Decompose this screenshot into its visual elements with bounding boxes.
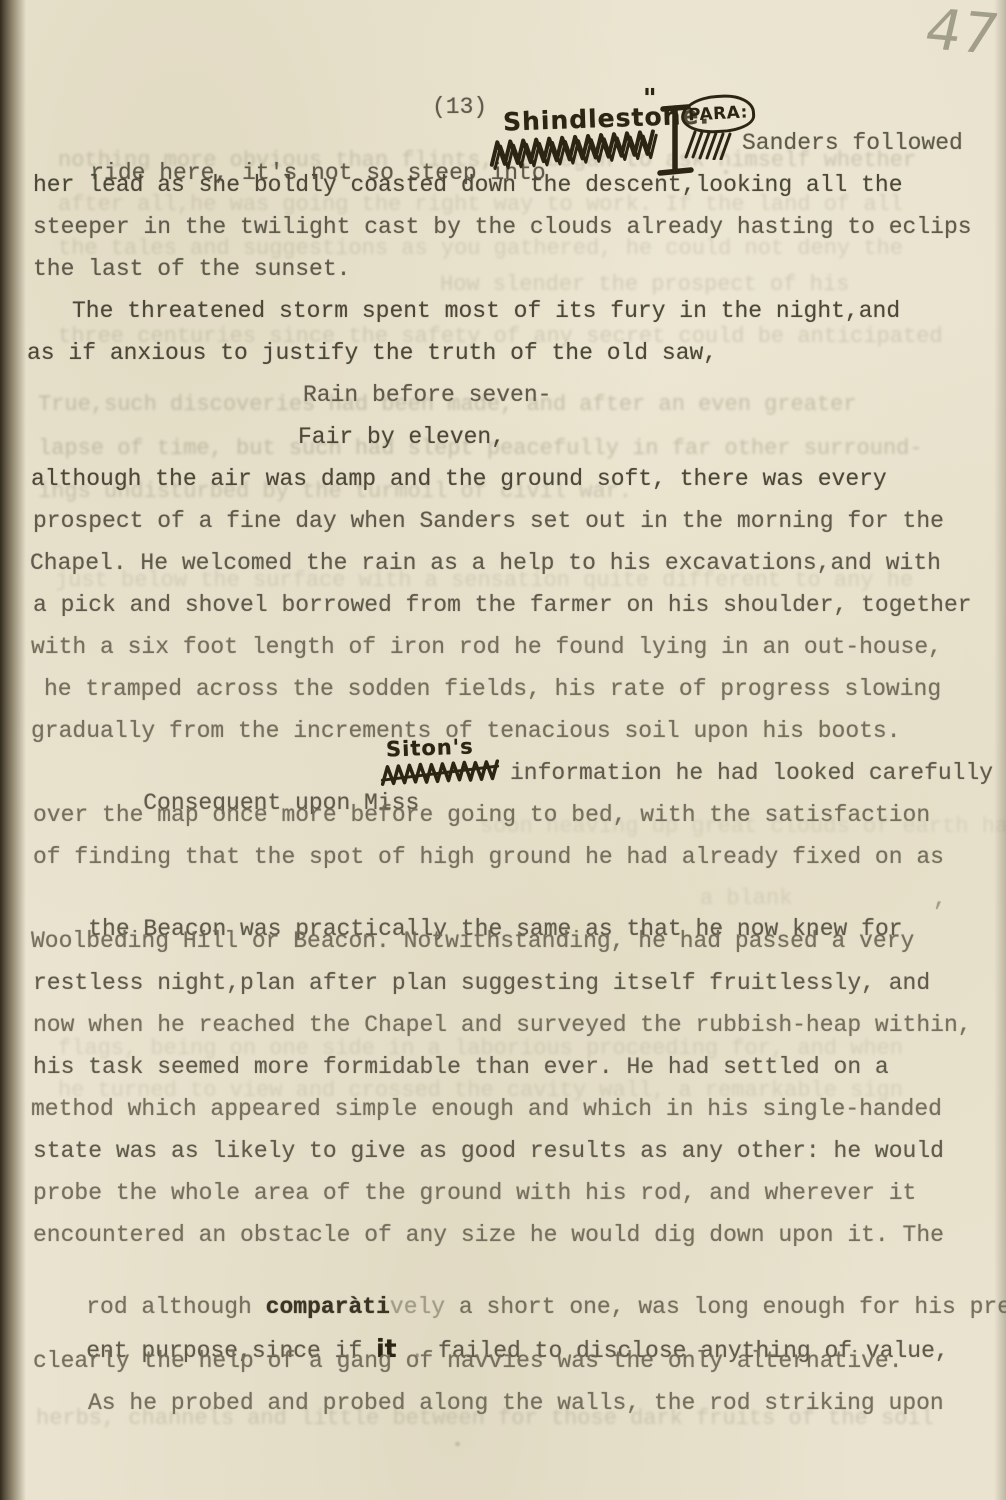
typed-line: as if anxious to justify the truth of th… — [27, 338, 717, 368]
typed-line: the last of the sunset. — [33, 254, 350, 284]
typed-line: a pick and shovel borrowed from the farm… — [33, 590, 972, 620]
left-edge-shadow — [0, 0, 26, 1500]
bleedthrough-line: How slender the prospect of his — [440, 272, 849, 297]
typed-line: As he probed and probed along the walls,… — [88, 1388, 944, 1418]
typed-line: he tramped across the sodden fields, his… — [44, 674, 941, 704]
typed-line: clearly the help of a gang of navvies wa… — [33, 1346, 903, 1376]
typed-line: with a six foot length of iron rod he fo… — [31, 632, 942, 662]
typed-line: his task seemed more formidable than eve… — [33, 1052, 889, 1082]
typed-line: although the air was damp and the ground… — [31, 464, 887, 494]
typed-page-number: (13) — [432, 92, 487, 122]
typed-line: probe the whole area of the ground with … — [33, 1178, 916, 1208]
typed-line: state was as likely to give as good resu… — [33, 1136, 944, 1166]
typed-line: now when he reached the Chapel and surve… — [33, 1010, 972, 1040]
paper-speck — [724, 170, 728, 174]
strikeout-scribble — [379, 752, 505, 795]
typed-line: The threatened storm spent most of its f… — [72, 296, 900, 326]
manuscript-page: nothing more obvious than flints, he beg… — [0, 0, 1006, 1500]
typed-line: Rain before seven- — [303, 380, 551, 410]
typed-line: Woolbeding Hill or Beacon. Notwithstandi… — [31, 926, 914, 956]
typed-line: steeper in the twilight cast by the clou… — [33, 212, 972, 242]
typed-line: over the map once more before going to b… — [33, 800, 930, 830]
typed-line: Chapel. He welcomed the rain as a help t… — [30, 548, 941, 578]
typed-line: of finding that the spot of high ground … — [33, 842, 944, 872]
typed-line: restless night,plan after plan suggestin… — [33, 968, 930, 998]
typed-line-1-post: Sanders followed — [742, 128, 963, 158]
paragraph-hatch-marks — [684, 128, 734, 160]
typed-line: method which appeared simple enough and … — [31, 1094, 942, 1124]
typed-line: prospect of a fine day when Sanders set … — [33, 506, 944, 536]
typed-line: her lead as she boldly coasted down the … — [33, 170, 903, 200]
typed-line-16-post: information he had looked carefully — [510, 758, 993, 788]
typed-line: Fair by eleven, — [298, 422, 505, 452]
stray-comma: , — [933, 884, 947, 914]
paper-speck — [455, 1442, 460, 1446]
pencil-page-number: 47 — [919, 0, 1005, 68]
typed-line: encountered an obstacle of any size he w… — [33, 1220, 944, 1250]
